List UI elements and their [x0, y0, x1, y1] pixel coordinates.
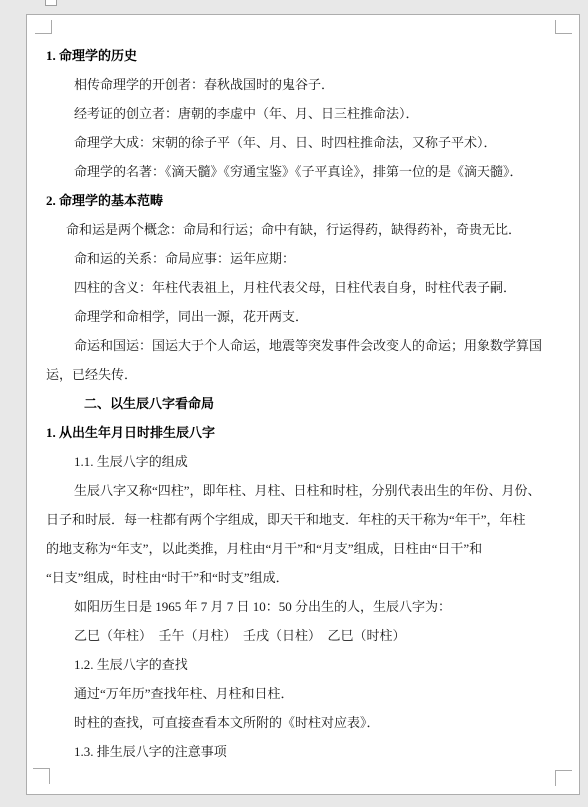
heading-1-history[interactable]: 1. 命理学的历史: [46, 41, 551, 70]
crop-mark-bottom-left: [33, 768, 50, 784]
paragraph-line[interactable]: 运，已经失传．: [46, 360, 551, 389]
paragraph-line[interactable]: 命和运的关系：命局应事：运年应期：: [46, 244, 551, 273]
paragraph-line[interactable]: 时柱的查找，可直接查看本文所附的《时柱对应表》．: [46, 708, 551, 737]
subheading-1-3[interactable]: 1.3. 排生辰八字的注意事项: [46, 737, 551, 766]
paragraph-line[interactable]: “日支”组成，时柱由“时干”和“时支”组成．: [46, 563, 551, 592]
paragraph-line[interactable]: 的地支称为“年支”，以此类推，月柱由“月干”和“月支”组成，日柱由“日干”和: [46, 534, 551, 563]
crop-mark-bottom-right: [555, 770, 572, 786]
paragraph-line[interactable]: 命理学的名著：《滴天髓》《穷通宝鉴》《子平真诠》，排第一位的是《滴天髓》．: [46, 157, 551, 186]
paragraph-line[interactable]: 命理学和命相学，同出一源，花开两支．: [46, 302, 551, 331]
subheading-1-1[interactable]: 1.1. 生辰八字的组成: [46, 447, 551, 476]
section-heading-bazi[interactable]: 二、以生辰八字看命局: [46, 389, 551, 418]
paragraph-line[interactable]: 生辰八字又称“四柱”，即年柱、月柱、日柱和时柱，分别代表出生的年份、月份、: [46, 476, 551, 505]
document-page[interactable]: 1. 命理学的历史 相传命理学的开创者：春秋战国时的鬼谷子． 经考证的创立者：唐…: [26, 14, 580, 795]
previous-page-edge: [45, 0, 57, 6]
paragraph-line[interactable]: 四柱的含义：年柱代表祖上，月柱代表父母，日柱代表自身，时柱代表子嗣．: [46, 273, 551, 302]
paragraph-line[interactable]: 命和运是两个概念：命局和行运；命中有缺，行运得药，缺得药补，奇贵无比．: [46, 215, 551, 244]
heading-2-basic-categories[interactable]: 2. 命理学的基本范畴: [46, 186, 551, 215]
paragraph-line[interactable]: 经考证的创立者：唐朝的李虚中（年、月、日三柱推命法）．: [46, 99, 551, 128]
paragraph-line[interactable]: 如阳历生日是 1965 年 7 月 7 日 10：50 分出生的人，生辰八字为：: [46, 592, 551, 621]
subheading-1-2[interactable]: 1.2. 生辰八字的查找: [46, 650, 551, 679]
paragraph-line[interactable]: 命运和国运：国运大于个人命运，地震等突发事件会改变人的命运；用象数学算国: [46, 331, 551, 360]
paragraph-line[interactable]: 通过“万年历”查找年柱、月柱和日柱．: [46, 679, 551, 708]
page-text-area[interactable]: 1. 命理学的历史 相传命理学的开创者：春秋战国时的鬼谷子． 经考证的创立者：唐…: [46, 41, 551, 766]
paragraph-line[interactable]: 乙巳（年柱） 壬午（月柱） 壬戌（日柱） 乙巳（时柱）: [46, 621, 551, 650]
crop-mark-top-right: [555, 20, 572, 34]
crop-mark-top-left: [35, 20, 52, 34]
paragraph-line[interactable]: 日子和时辰．每一柱都有两个字组成，即天干和地支．年柱的天干称为“年干”，年柱: [46, 505, 551, 534]
heading-arrange-bazi[interactable]: 1. 从出生年月日时排生辰八字: [46, 418, 551, 447]
document-viewer: { "colors": { "canvas_background": "#e8e…: [0, 0, 588, 807]
paragraph-line[interactable]: 命理学大成：宋朝的徐子平（年、月、日、时四柱推命法，又称子平术）．: [46, 128, 551, 157]
paragraph-line[interactable]: 相传命理学的开创者：春秋战国时的鬼谷子．: [46, 70, 551, 99]
